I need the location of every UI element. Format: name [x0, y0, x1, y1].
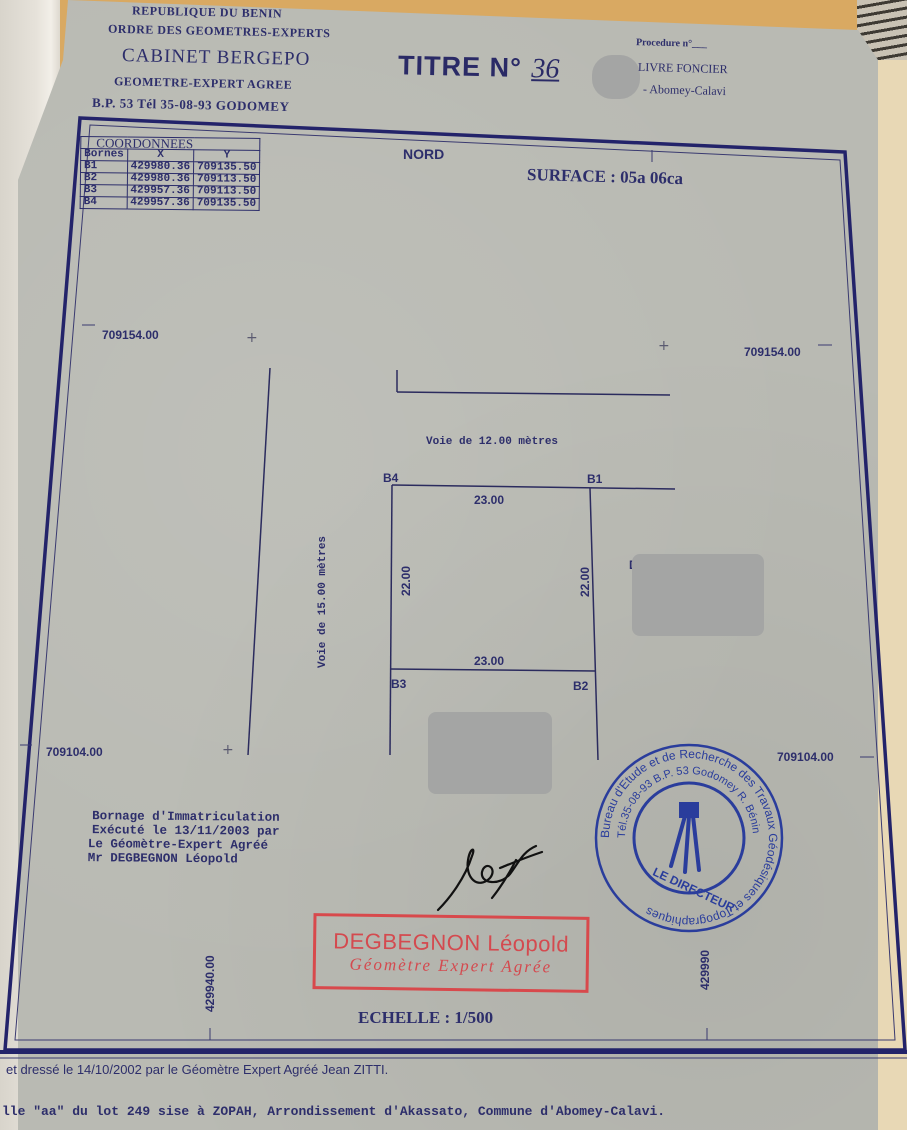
corner-b2: B2: [573, 679, 588, 693]
corner-b1: B1: [587, 472, 602, 486]
coordinates-table: COORDONNEES Bornes X Y B1 429980.36 7091…: [80, 136, 261, 211]
footer-line-2: lle "aa" du lot 249 sise à ZOPAH, Arrond…: [2, 1104, 665, 1119]
redacted-neighbor-south: [428, 712, 552, 794]
grid-label-top-right: 709154.00: [744, 345, 801, 359]
side-bottom-length: 23.00: [474, 654, 504, 668]
road-west-label: Voie de 15.00 mètres: [317, 536, 329, 668]
bornage-line-4: Mr DEGBEGNON Léopold: [88, 851, 280, 867]
signature: [430, 838, 550, 918]
stamp-name: DEGBEGNON Léopold: [316, 928, 586, 958]
north-label: NORD: [403, 146, 444, 162]
side-top-length: 23.00: [474, 493, 504, 507]
grid-label-x-right: 429990: [698, 950, 712, 990]
footer-line-1: et dressé le 14/10/2002 par le Géomètre …: [6, 1062, 388, 1077]
grid-label-x-left: 429940.00: [203, 955, 217, 1012]
cell-x: 429957.36: [127, 197, 194, 210]
grid-label-bottom-right: 709104.00: [777, 750, 834, 764]
stamp-title: Géomètre Expert Agrée: [316, 954, 586, 978]
stamp-center-label: LE DIRECTEUR: [651, 865, 738, 915]
tripod-icon: [671, 804, 699, 872]
corner-b4: B4: [383, 471, 398, 485]
cell-y: 709135.50: [193, 198, 260, 211]
grid-cross-icon: +: [658, 338, 670, 354]
corner-b3: B3: [391, 677, 406, 691]
surface-label: SURFACE : 05a 06ca: [527, 165, 683, 189]
side-left-length: 22.00: [399, 566, 413, 596]
grid-label-top-left: 709154.00: [102, 328, 159, 342]
table-row: B4 429957.36 709135.50: [80, 197, 260, 211]
surveyor-stamp: DEGBEGNON Léopold Géomètre Expert Agrée: [312, 913, 589, 993]
road-north-label: Voie de 12.00 mètres: [426, 436, 558, 448]
bornage-block: Bornage d'Immatriculation Exécuté le 13/…: [92, 809, 280, 867]
grid-cross-icon: +: [222, 742, 234, 758]
side-right-length: 22.00: [578, 567, 592, 597]
cell-borne: B4: [80, 197, 127, 209]
bureau-round-stamp: Bureau d'Etude et de Recherche des Trava…: [593, 742, 785, 934]
scale-label: ECHELLE : 1/500: [358, 1008, 493, 1028]
grid-label-bottom-left: 709104.00: [46, 745, 103, 759]
grid-cross-icon: +: [246, 330, 258, 346]
redacted-neighbor-east: [632, 554, 764, 636]
